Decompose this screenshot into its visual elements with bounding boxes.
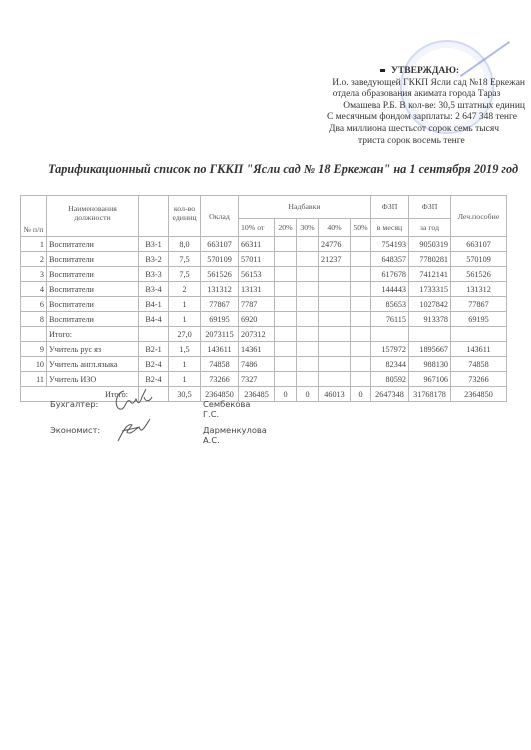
handwritten-signature-icon <box>110 385 160 415</box>
total-b40: 46013 <box>319 387 351 402</box>
cell-b40 <box>319 342 351 357</box>
cell-medical <box>451 327 507 342</box>
table-row: 3ВоспитателиB3-37,5561526561536176787412… <box>21 267 507 282</box>
cell-b10: 7787 <box>239 297 275 312</box>
approval-block: УТВЕРЖДАЮ: И.о. заведующей ГККП Ясли сад… <box>270 66 525 147</box>
cell-n <box>21 327 47 342</box>
cell-qty: 2 <box>169 282 201 297</box>
cell-b20 <box>275 282 297 297</box>
cell-medical: 131312 <box>451 282 507 297</box>
cell-salary: 73266 <box>201 372 239 387</box>
cell-position: Воспитатели <box>47 267 139 282</box>
cell-b50 <box>351 372 371 387</box>
cell-medical: 74858 <box>451 357 507 372</box>
cell-medical: 77867 <box>451 297 507 312</box>
cell-b30 <box>297 282 319 297</box>
cell-b20 <box>275 342 297 357</box>
cell-grade <box>139 327 169 342</box>
cell-b20 <box>275 357 297 372</box>
cell-salary: 663107 <box>201 237 239 252</box>
cell-fzp-month: 85653 <box>371 297 409 312</box>
cell-b40 <box>319 282 351 297</box>
cell-position: Воспитатели <box>47 237 139 252</box>
cell-b30 <box>297 342 319 357</box>
cell-fzp-year: 7780281 <box>409 252 451 267</box>
cell-b20 <box>275 327 297 342</box>
cell-b10: 14361 <box>239 342 275 357</box>
cell-fzp-month: 754193 <box>371 237 409 252</box>
cell-fzp-year: 1027842 <box>409 297 451 312</box>
cell-position: Учитель рус яз <box>47 342 139 357</box>
cell-fzp-year: 913378 <box>409 312 451 327</box>
header-fzp-year-top: ФЗП <box>409 196 451 219</box>
cell-salary: 570109 <box>201 252 239 267</box>
cell-n: 6 <box>21 297 47 312</box>
cell-fzp-year: 967106 <box>409 372 451 387</box>
header-fzp-month-top: ФЗП <box>371 196 409 219</box>
cell-b10: 57011 <box>239 252 275 267</box>
cell-fzp-month <box>371 327 409 342</box>
cell-qty: 1 <box>169 297 201 312</box>
signature-role: Экономист: <box>50 425 100 435</box>
table-row: 6ВоспитателиB4-1177867778785653102784277… <box>21 297 507 312</box>
cell-qty: 7,5 <box>169 267 201 282</box>
table-row: 2ВоспитателиB3-27,5570109570112123764835… <box>21 252 507 267</box>
cell-b30 <box>297 237 319 252</box>
cell-qty: 27,0 <box>169 327 201 342</box>
cell-n: 10 <box>21 357 47 372</box>
cell-b20 <box>275 267 297 282</box>
cell-salary: 143611 <box>201 342 239 357</box>
cell-fzp-year: 1733315 <box>409 282 451 297</box>
subtotal-row: Итого:27,02073115207312 <box>21 327 507 342</box>
cell-b10: 13131 <box>239 282 275 297</box>
cell-b30 <box>297 327 319 342</box>
cell-n: 11 <box>21 372 47 387</box>
cell-fzp-year: 9050319 <box>409 237 451 252</box>
header-fzp-year-bottom: за год <box>409 218 451 236</box>
header-row: № п/п Наименования должности кол-во един… <box>21 196 507 219</box>
cell-b30 <box>297 312 319 327</box>
cell-fzp-month: 76115 <box>371 312 409 327</box>
cell-b50 <box>351 282 371 297</box>
cell-b10: 7486 <box>239 357 275 372</box>
cell-qty: 7,5 <box>169 252 201 267</box>
cell-n: 1 <box>21 237 47 252</box>
cell-medical: 69195 <box>451 312 507 327</box>
cell-b40 <box>319 297 351 312</box>
cell-b50 <box>351 342 371 357</box>
cell-fzp-year: 7412141 <box>409 267 451 282</box>
cell-fzp-month: 648357 <box>371 252 409 267</box>
cell-salary: 561526 <box>201 267 239 282</box>
cell-position: Итого: <box>47 327 139 342</box>
cell-b50 <box>351 327 371 342</box>
cell-qty: 1 <box>169 312 201 327</box>
cell-grade: B4-4 <box>139 312 169 327</box>
total-b30: 0 <box>297 387 319 402</box>
cell-grade: B2-4 <box>139 357 169 372</box>
cell-b40 <box>319 312 351 327</box>
signature-name: Дарменкулова А.С. <box>203 425 267 445</box>
cell-salary: 131312 <box>201 282 239 297</box>
cell-n: 4 <box>21 282 47 297</box>
cell-b10: 56153 <box>239 267 275 282</box>
cell-b30 <box>297 267 319 282</box>
table-row: 8ВоспитателиB4-4169195692076115913378691… <box>21 312 507 327</box>
signature-role: Бухгалтер: <box>50 399 98 409</box>
cell-fzp-month: 157972 <box>371 342 409 357</box>
header-b40: 40% <box>319 218 351 236</box>
table-row: 11Учитель ИЗОB2-417326673278059296710673… <box>21 372 507 387</box>
cell-medical: 73266 <box>451 372 507 387</box>
document-title: Тарификационный список по ГККП "Ясли сад… <box>48 162 528 177</box>
cell-salary: 2073115 <box>201 327 239 342</box>
table-row: 10Учитель англ.языкаB2-41748587486823449… <box>21 357 507 372</box>
cell-b40 <box>319 372 351 387</box>
table-row: 9Учитель рус язB2-11,5143611143611579721… <box>21 342 507 357</box>
header-qty: кол-во единиц <box>169 196 201 237</box>
header-medical: Леч.пособие <box>451 196 507 237</box>
cell-b10: 66311 <box>239 237 275 252</box>
cell-position: Воспитатели <box>47 312 139 327</box>
total-b50: 0 <box>351 387 371 402</box>
header-salary: Оклад <box>201 196 239 237</box>
cell-position: Учитель англ.языка <box>47 357 139 372</box>
total-fzp-month: 2647348 <box>371 387 409 402</box>
header-b30: 30% <box>297 218 319 236</box>
cell-n: 3 <box>21 267 47 282</box>
cell-b50 <box>351 312 371 327</box>
cell-grade: B3-3 <box>139 267 169 282</box>
cell-salary: 74858 <box>201 357 239 372</box>
cell-medical: 143611 <box>451 342 507 357</box>
approval-line: И.о. заведующей ГККП Ясли сад №18 Еркежа… <box>270 78 525 90</box>
cell-n: 2 <box>21 252 47 267</box>
cell-b10: 7327 <box>239 372 275 387</box>
cell-salary: 69195 <box>201 312 239 327</box>
cell-b40: 24776 <box>319 237 351 252</box>
signature-name: Сембекова Г.С. <box>203 399 250 419</box>
cell-n: 9 <box>21 342 47 357</box>
cell-qty: 1,5 <box>169 342 201 357</box>
cell-position: Воспитатели <box>47 252 139 267</box>
cell-grade: B3-1 <box>139 237 169 252</box>
cell-b20 <box>275 312 297 327</box>
cell-b40 <box>319 267 351 282</box>
cell-qty: 8,0 <box>169 237 201 252</box>
cell-medical: 663107 <box>451 237 507 252</box>
total-medical: 2364850 <box>451 387 507 402</box>
cell-grade: B3-2 <box>139 252 169 267</box>
cell-salary: 77867 <box>201 297 239 312</box>
cell-fzp-year <box>409 327 451 342</box>
cell-b40: 21237 <box>319 252 351 267</box>
cell-b40 <box>319 357 351 372</box>
cell-b20 <box>275 372 297 387</box>
cell-b30 <box>297 372 319 387</box>
cell-position: Воспитатели <box>47 297 139 312</box>
cell-b50 <box>351 252 371 267</box>
cell-fzp-year: 988130 <box>409 357 451 372</box>
cell-fzp-month: 617678 <box>371 267 409 282</box>
cell-fzp-year: 1895667 <box>409 342 451 357</box>
total-b20: 0 <box>275 387 297 402</box>
bullet-icon <box>380 69 385 72</box>
cell-b20 <box>275 252 297 267</box>
header-fzp-month-bottom: в месяц <box>371 218 409 236</box>
approval-line: Два миллиона шестьсот сорок семь тысяч <box>270 124 525 136</box>
cell-b50 <box>351 297 371 312</box>
cell-b20 <box>275 297 297 312</box>
handwritten-signature-icon <box>110 415 160 445</box>
tarification-table: № п/п Наименования должности кол-во един… <box>20 195 507 402</box>
approval-line: Омашева Р.Б. В кол-ве: 30,5 штатных един… <box>270 101 525 113</box>
cell-b30 <box>297 297 319 312</box>
table-row: 1ВоспитателиB3-18,0663107663112477675419… <box>21 237 507 252</box>
cell-b10: 6920 <box>239 312 275 327</box>
header-b20: 20% <box>275 218 297 236</box>
cell-fzp-month: 144443 <box>371 282 409 297</box>
cell-grade: B4-1 <box>139 297 169 312</box>
cell-fzp-month: 80592 <box>371 372 409 387</box>
cell-b50 <box>351 267 371 282</box>
cell-grade: B3-4 <box>139 282 169 297</box>
approval-heading-text: УТВЕРЖДАЮ: <box>391 66 459 76</box>
total-fzp-year: 31768178 <box>409 387 451 402</box>
header-b50: 50% <box>351 218 371 236</box>
total-qty: 30,5 <box>169 387 201 402</box>
cell-b20 <box>275 237 297 252</box>
approval-line: С месячным фондом зарплаты: 2 647 348 те… <box>270 112 525 124</box>
header-position: Наименования должности <box>47 196 139 237</box>
approval-heading: УТВЕРЖДАЮ: <box>380 66 525 78</box>
table-row: 4ВоспитателиB3-4213131213131144443173331… <box>21 282 507 297</box>
cell-b50 <box>351 357 371 372</box>
cell-b50 <box>351 237 371 252</box>
cell-qty: 1 <box>169 357 201 372</box>
approval-line: отдела образования акимата города Тараз <box>270 89 525 101</box>
cell-grade: B2-1 <box>139 342 169 357</box>
header-bonuses: Надбавки <box>239 196 371 219</box>
cell-b30 <box>297 357 319 372</box>
approval-line: триста сорок восемь тенге <box>348 136 525 148</box>
cell-medical: 570109 <box>451 252 507 267</box>
cell-medical: 561526 <box>451 267 507 282</box>
cell-qty: 1 <box>169 372 201 387</box>
cell-b30 <box>297 252 319 267</box>
cell-b10: 207312 <box>239 327 275 342</box>
cell-n: 8 <box>21 312 47 327</box>
cell-fzp-month: 82344 <box>371 357 409 372</box>
header-num: № п/п <box>21 196 47 237</box>
cell-b40 <box>319 327 351 342</box>
header-grade <box>139 196 169 237</box>
header-b10: 10% от <box>239 218 275 236</box>
cell-position: Воспитатели <box>47 282 139 297</box>
